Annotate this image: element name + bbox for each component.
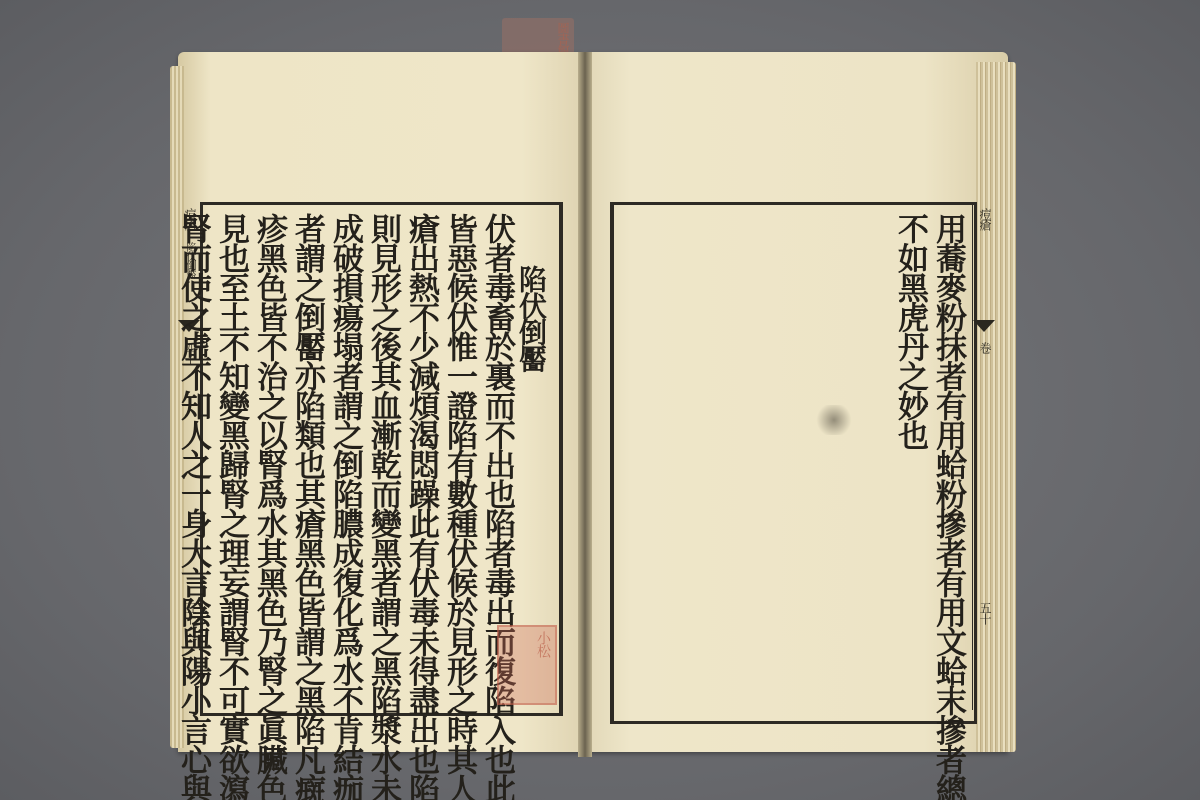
section-heading: 陷伏倒靨 [513, 265, 549, 371]
text-column: 者謂之倒靨亦陷類也其瘡黑色皆謂之黑陷凡癍 [289, 213, 325, 800]
text-column: 伏者毒畜於裏而不出也陷者毒出而復陷入也此 [479, 213, 515, 800]
right-text-frame: 用蕎麥粉抹者有用蛤粉摻者有用文蛤末摻者總 不如黑虎丹之妙也 [610, 202, 977, 724]
text-column: 皆惡候伏惟一證陷有數種伏候於見形之時其人 [441, 213, 477, 800]
text-column: 腎而使之虛不知人之一身大言陰與陽小言心與 [175, 213, 211, 800]
margin-book-title: 痘瘡 [977, 208, 994, 230]
right-fold-margin: 痘瘡 卷 五十 [972, 202, 995, 710]
book-spine-gutter [578, 52, 592, 757]
collector-seal-text: 小松 [503, 631, 551, 699]
ink-bleed-stain [814, 405, 854, 435]
collector-seal-stamp: 小松 [497, 625, 557, 705]
margin-volume: 卷 [977, 342, 994, 353]
margin-page-number: 五十 [977, 602, 994, 624]
open-book: 痘瘡 陷伏倒靨 四十 五十 陷伏倒靨 伏者毒畜於裏而不出也陷者毒出而復陷入也此 … [178, 52, 1008, 757]
left-page: 痘瘡 陷伏倒靨 四十 五十 陷伏倒靨 伏者毒畜於裏而不出也陷者毒出而復陷入也此 … [178, 52, 582, 752]
text-column: 則見形之後其血漸乾而變黑者謂之黑陷漿水未 [365, 213, 401, 800]
text-column: 瘡出熱不少減煩渴悶躁此有伏毒未得盡出也陷 [403, 213, 439, 800]
text-column: 見也至土不知變黑歸腎之理妄謂腎不可實欲瀉 [213, 213, 249, 800]
text-column: 不如黑虎丹之妙也 [892, 213, 928, 449]
text-column: 成破損瘍塌者謂之倒陷膿成復化爲水不肯結痂 [327, 213, 363, 800]
text-column: 用蕎麥粉抹者有用蛤粉摻者有用文蛤末摻者總 [930, 213, 966, 800]
text-column: 疹黑色皆不治之以腎爲水其黑色乃腎之眞臟色 [251, 213, 287, 800]
left-text-frame: 陷伏倒靨 伏者毒畜於裏而不出也陷者毒出而復陷入也此 皆惡候伏惟一證陷有數種伏候於… [200, 202, 563, 716]
right-page: 用蕎麥粉抹者有用蛤粉摻者有用文蛤末摻者總 不如黑虎丹之妙也 痘瘡 卷 五十 [588, 52, 1008, 752]
fish-tail-mark-icon [973, 320, 995, 332]
